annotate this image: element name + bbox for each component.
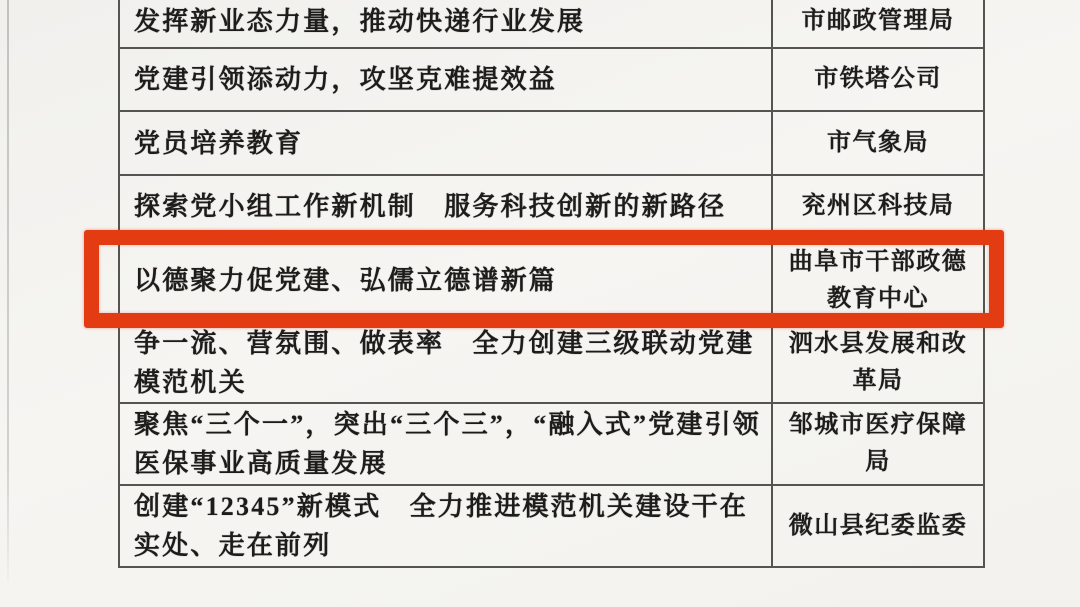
org-cell: 市邮政管理局 — [771, 0, 983, 47]
org-cell: 曲阜市干部政德教育中心 — [771, 239, 983, 322]
project-cell: 以德聚力促党建、弘儒立德谱新篇 — [120, 239, 771, 322]
table-row: 探索党小组工作新机制 服务科技创新的新路径兖州区科技局 — [120, 176, 983, 239]
org-cell: 邹城市医疗保障局 — [771, 404, 983, 484]
awards-table: 发挥新业态力量，推动快递行业发展市邮政管理局党建引领添动力，攻坚克难提效益市铁塔… — [118, 0, 985, 568]
project-cell: 聚焦“三个一”，突出“三个三”，“融入式”党建引领医保事业高质量发展 — [120, 404, 771, 484]
project-cell: 创建“12345”新模式 全力推进模范机关建设干在实处、走在前列 — [120, 486, 771, 566]
project-cell: 党建引领添动力，攻坚克难提效益 — [120, 49, 771, 110]
table-row: 发挥新业态力量，推动快递行业发展市邮政管理局 — [120, 0, 983, 49]
paper-edge-line — [7, 0, 9, 582]
table-row: 创建“12345”新模式 全力推进模范机关建设干在实处、走在前列微山县纪委监委 — [120, 486, 983, 568]
org-cell: 市气象局 — [771, 112, 983, 174]
project-cell: 探索党小组工作新机制 服务科技创新的新路径 — [120, 176, 771, 237]
table-row: 党员培养教育市气象局 — [120, 112, 983, 176]
org-cell: 兖州区科技局 — [771, 176, 983, 237]
project-cell: 发挥新业态力量，推动快递行业发展 — [120, 0, 771, 47]
document-photo: 发挥新业态力量，推动快递行业发展市邮政管理局党建引领添动力，攻坚克难提效益市铁塔… — [0, 0, 1080, 607]
project-cell: 党员培养教育 — [120, 112, 771, 174]
org-cell: 泗水县发展和改革局 — [771, 324, 983, 402]
table-row: 争一流、营氛围、做表率 全力创建三级联动党建模范机关泗水县发展和改革局 — [120, 324, 983, 404]
table-row: 以德聚力促党建、弘儒立德谱新篇曲阜市干部政德教育中心 — [120, 239, 983, 324]
org-cell: 微山县纪委监委 — [771, 486, 983, 566]
project-cell: 争一流、营氛围、做表率 全力创建三级联动党建模范机关 — [120, 324, 771, 402]
table-row: 聚焦“三个一”，突出“三个三”，“融入式”党建引领医保事业高质量发展邹城市医疗保… — [120, 404, 983, 486]
table-row: 党建引领添动力，攻坚克难提效益市铁塔公司 — [120, 49, 983, 112]
org-cell: 市铁塔公司 — [771, 49, 983, 110]
